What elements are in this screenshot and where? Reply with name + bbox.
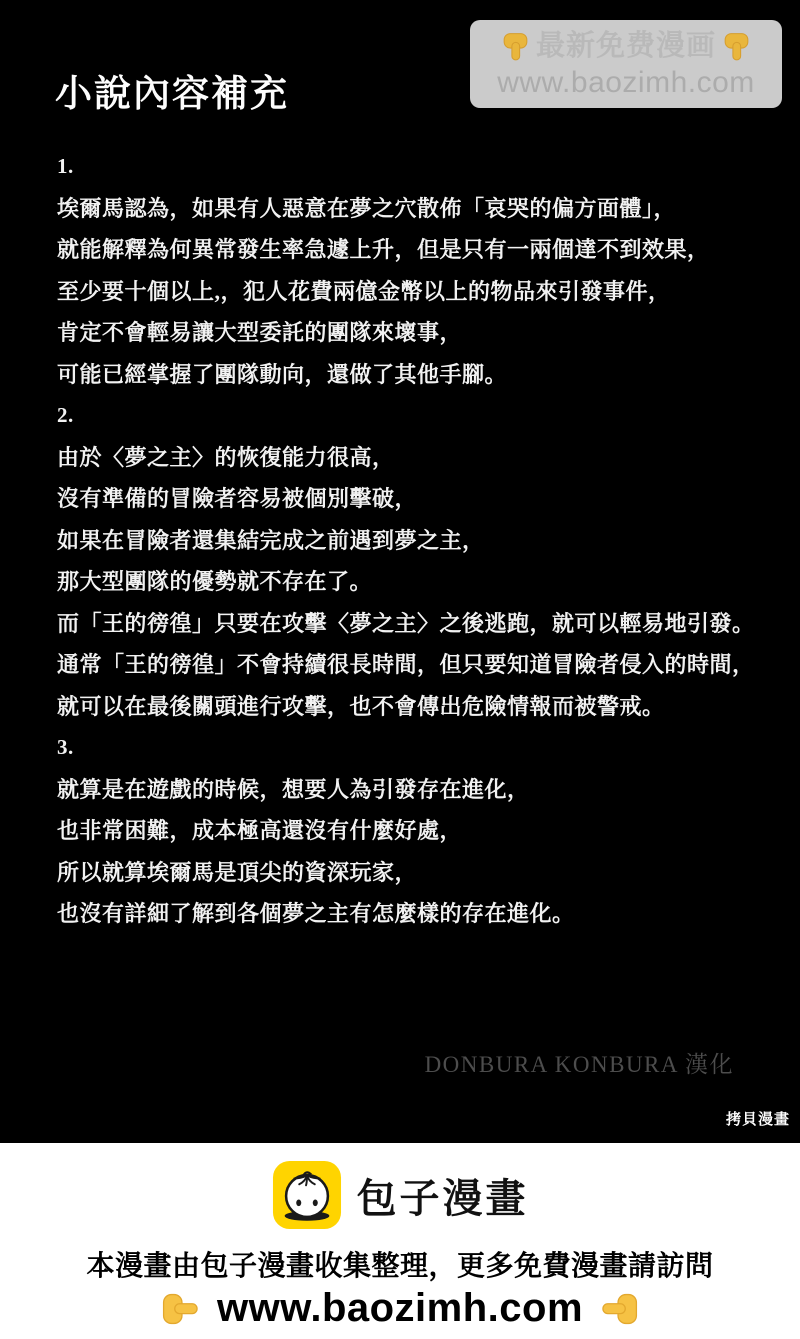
- text-line: 而「王的徬徨」只要在攻擊〈夢之主〉之後逃跑，就可以輕易地引發。: [57, 603, 767, 645]
- watermark-url: www.baozimh.com: [497, 68, 755, 98]
- text-line: 可能已經掌握了團隊動向，還做了其他手腳。: [57, 354, 767, 396]
- text-line: 如果在冒險者還集結完成之前遇到夢之主，: [57, 520, 767, 562]
- baozi-logo-icon: [272, 1160, 342, 1230]
- site-url-link[interactable]: www.baozimh.com: [217, 1286, 583, 1331]
- watermark-headline-row: 最新免费漫画: [499, 30, 753, 63]
- page-title: 小說內容補充: [55, 63, 289, 117]
- point-left-icon: [599, 1288, 641, 1330]
- footer-url-row: www.baozimh.com: [159, 1286, 641, 1331]
- footer-info-text: 本漫畫由包子漫畫收集整理，更多免費漫畫請訪問: [86, 1244, 713, 1284]
- watermark-headline: 最新免费漫画: [536, 32, 716, 61]
- section-number: 2.: [57, 395, 767, 437]
- point-right-icon: [159, 1288, 201, 1330]
- section-number: 3.: [57, 727, 767, 769]
- text-line: 就能解釋為何異常發生率急遽上升，但是只有一兩個達不到效果，: [57, 229, 767, 271]
- text-line: 所以就算埃爾馬是頂尖的資深玩家，: [57, 852, 767, 894]
- text-line: 沒有準備的冒險者容易被個別擊破，: [57, 478, 767, 520]
- translator-credit: DONBURA KONBURA 漢化: [425, 1046, 734, 1079]
- copy-site-label: 拷貝漫畫: [726, 1108, 790, 1129]
- text-line: 通常「王的徬徨」不會持續很長時間，但只要知道冒險者侵入的時間，: [57, 644, 767, 686]
- text-line: 也非常困難，成本極高還沒有什麼好處，: [57, 810, 767, 852]
- text-line: 那大型團隊的優勢就不存在了。: [57, 561, 767, 603]
- point-down-icon: [499, 30, 532, 63]
- text-line: 至少要十個以上,，犯人花費兩億金幣以上的物品來引發事件，: [57, 271, 767, 313]
- brand-row: 包子漫畫: [272, 1159, 529, 1231]
- manga-reader-page: 最新免费漫画 www.baozimh.com 小說內容補充 1.埃爾馬認為，如果…: [0, 0, 800, 1339]
- brand-name: 包子漫畫: [357, 1167, 529, 1224]
- text-line: 埃爾馬認為，如果有人惡意在夢之穴散佈「哀哭的偏方面體」，: [57, 188, 767, 230]
- novel-text-block: 1.埃爾馬認為，如果有人惡意在夢之穴散佈「哀哭的偏方面體」，就能解釋為何異常發生…: [57, 146, 767, 935]
- section-number: 1.: [57, 146, 767, 188]
- point-down-icon: [720, 30, 753, 63]
- text-line: 由於〈夢之主〉的恢復能力很高，: [57, 437, 767, 479]
- text-line: 也沒有詳細了解到各個夢之主有怎麼樣的存在進化。: [57, 893, 767, 935]
- site-footer: 包子漫畫 本漫畫由包子漫畫收集整理，更多免費漫畫請訪問 www.baozimh.…: [0, 1143, 800, 1339]
- watermark-box: 最新免费漫画 www.baozimh.com: [470, 20, 782, 108]
- text-line: 就可以在最後關頭進行攻擊，也不會傳出危險情報而被警戒。: [57, 686, 767, 728]
- text-line: 就算是在遊戲的時候，想要人為引發存在進化，: [57, 769, 767, 811]
- text-line: 肯定不會輕易讓大型委託的團隊來壞事，: [57, 312, 767, 354]
